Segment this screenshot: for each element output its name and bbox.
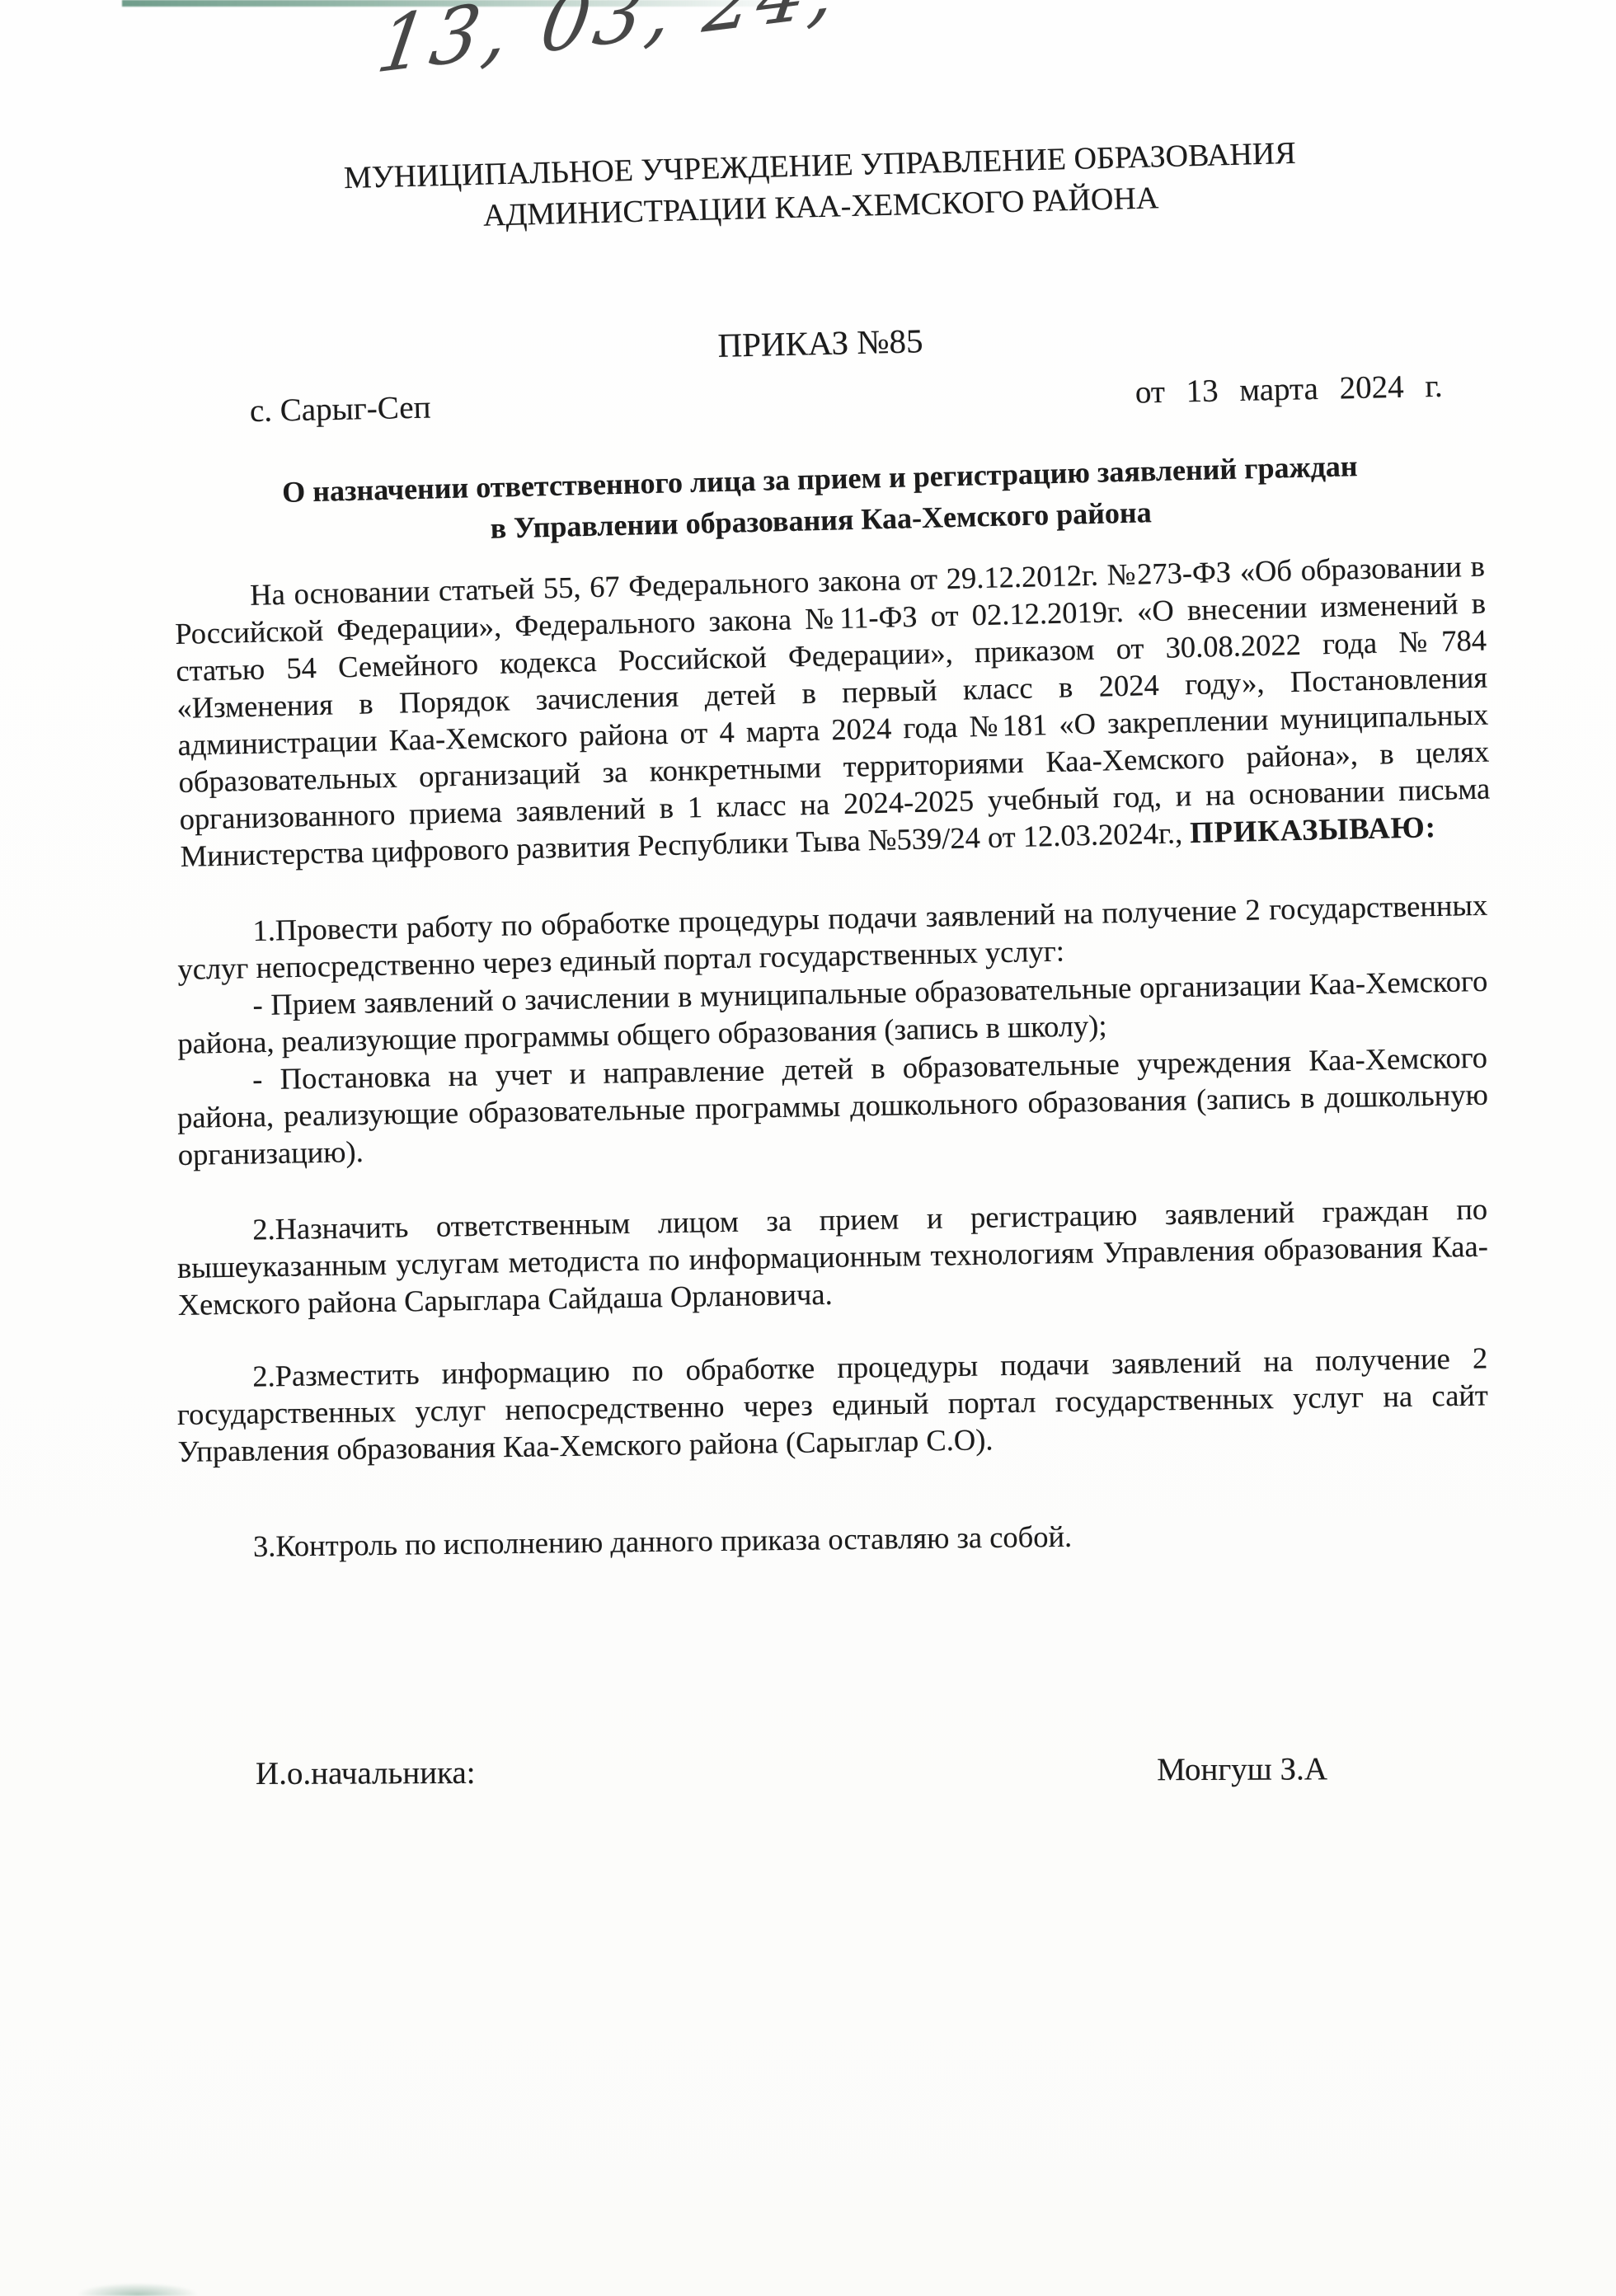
scan-artifact-bottom-smudge	[76, 2283, 200, 2296]
order-item-2-assign: 2.Назначить ответственным лицом за прием…	[176, 1190, 1489, 1323]
order-item-2-publish: 2.Разместить информацию по обработке про…	[176, 1339, 1489, 1470]
signature-position-label: И.о.начальника:	[256, 1754, 476, 1792]
handwritten-date: 13, 03, 24,	[372, 0, 848, 91]
order-title: ПРИКАЗ №85	[165, 308, 1477, 378]
order-item-3-control: 3.Контроль по исполнению данного приказа…	[177, 1513, 1488, 1566]
org-name-header: МУНИЦИПАЛЬНОЕ УЧРЕЖДЕНИЕ УПРАВЛЕНИЕ ОБРА…	[164, 128, 1477, 245]
signature-name: Монгуш З.А	[1157, 1750, 1327, 1788]
order-subject: О назначении ответственного лица за прие…	[164, 443, 1477, 557]
place-label: с. Сарыг-Сеп	[250, 389, 431, 430]
place-date-row: с. Сарыг-Сеп от 13 марта 2024 г.	[177, 367, 1489, 431]
document-page: 13, 03, 24, МУНИЦИПАЛЬНОЕ УЧРЕЖДЕНИЕ УПР…	[0, 0, 1616, 2296]
preamble-paragraph: На основании статьей 55, 67 Федерального…	[174, 547, 1492, 875]
signature-row: И.о.начальника: Монгуш З.А	[177, 1750, 1488, 1793]
decree-word: ПРИКАЗЫВАЮ:	[1190, 810, 1437, 849]
order-item-1-bullet-preschool: - Постановка на учет и направление детей…	[176, 1039, 1489, 1173]
date-label: от 13 марта 2024 г.	[1134, 368, 1443, 411]
order-body: На основании статьей 55, 67 Федерального…	[177, 578, 1488, 1566]
